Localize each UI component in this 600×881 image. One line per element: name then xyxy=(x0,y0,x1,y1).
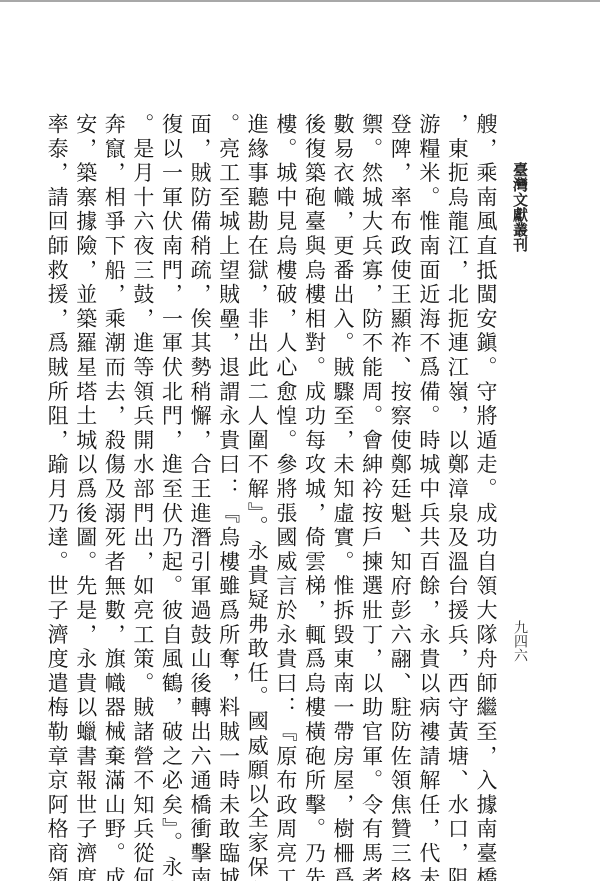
text-column-10: 。亮工至城上望賊壘，退謂永貴曰：『烏樓雖爲所奪，料賊一時未敢臨城。南角一 xyxy=(214,113,243,853)
text-column-14: 奔竄，相爭下船，乘潮而去，殺傷及溺死者無數，旗幟器械棄滿山野。成功出箭閩 xyxy=(100,113,129,853)
text-column-6: 數易衣幟，更番出入。賊驟至，未知虛實。惟拆毀東南一帶房屋，樹柵爲久困計。 xyxy=(328,113,357,853)
text-column-4: 登陴，率布政使王顯祚、按察使鄭廷魁、知府彭六翮、駐防佐領焦贊三格等分門守 xyxy=(386,113,415,853)
text-column-15: 安，築寨據險，並築羅星塔土城以爲後圖。先是，永貴以蠟書報世子濟度及總督李 xyxy=(71,113,100,853)
series-title-header: 臺灣文獻叢刊 xyxy=(510,162,530,252)
text-column-12: 復以一軍伏南門，一軍伏北門，進至伏乃起。彼自風鶴，破之必矣』。永貴以爲然 xyxy=(157,113,186,853)
page-number: 九四六 xyxy=(511,620,529,662)
scanned-book-page: 臺灣文獻叢刊 九四六 艘，乘南風直抵閩安鎭。守將遁走。成功自領大隊舟師繼至，入據… xyxy=(0,0,600,881)
text-column-7: 後復築砲臺與烏樓相對。成功每攻城，倚雲梯，輒爲烏樓橫砲所擊。乃先悉衆奪烏 xyxy=(300,113,329,853)
text-column-5: 禦。然城大兵寡，防不能周。會紳衿按戶揀選壯丁，以助官軍。令有馬者伏城外， xyxy=(357,113,386,853)
text-column-8: 樓。城中見烏樓破，人心愈惶。參將張國威言於永貴曰：『原布政周亮工、副將王 xyxy=(271,113,300,853)
text-column-13: 。是月十六夜三鼓，進等領兵開水部門出，如亮工策。賊諸營不知兵從何來，倉皇 xyxy=(128,113,157,853)
vertical-body-text: 艘，乘南風直抵閩安鎭。守將遁走。成功自領大隊舟師繼至，入據南臺橋，圍福州 ，東扼… xyxy=(40,113,500,853)
text-column-3: 游糧米。惟南面近海不爲備。時城中兵共百餘，永貴以病褸請解任，代未至，力疾 xyxy=(414,113,443,853)
text-column-1: 艘，乘南風直抵閩安鎭。守將遁走。成功自領大隊舟師繼至，入據南臺橋，圍福州 xyxy=(471,113,500,853)
text-column-2: ，東扼烏龍江，北扼連江嶺，以鄭漳泉及溫台援兵，西守黃塘、水口，阻截延建上 xyxy=(443,113,472,853)
text-column-16: 率泰，請回師救援，爲賊所阻，踰月乃達。世子濟度遣梅勒章京阿格商領驍騎援福 xyxy=(43,113,72,853)
text-column-9: 進緣事聽勘在獄，非出此二人圍不解』。永貴疑弗敢任。國威願以全家保之，乃允 xyxy=(243,113,272,853)
text-column-11: 面，賊防備稍疏，俟其勢稍懈，合王進潛引軍過鼓山後轉出六通橋衝擊南臺諸舟， xyxy=(185,113,214,853)
